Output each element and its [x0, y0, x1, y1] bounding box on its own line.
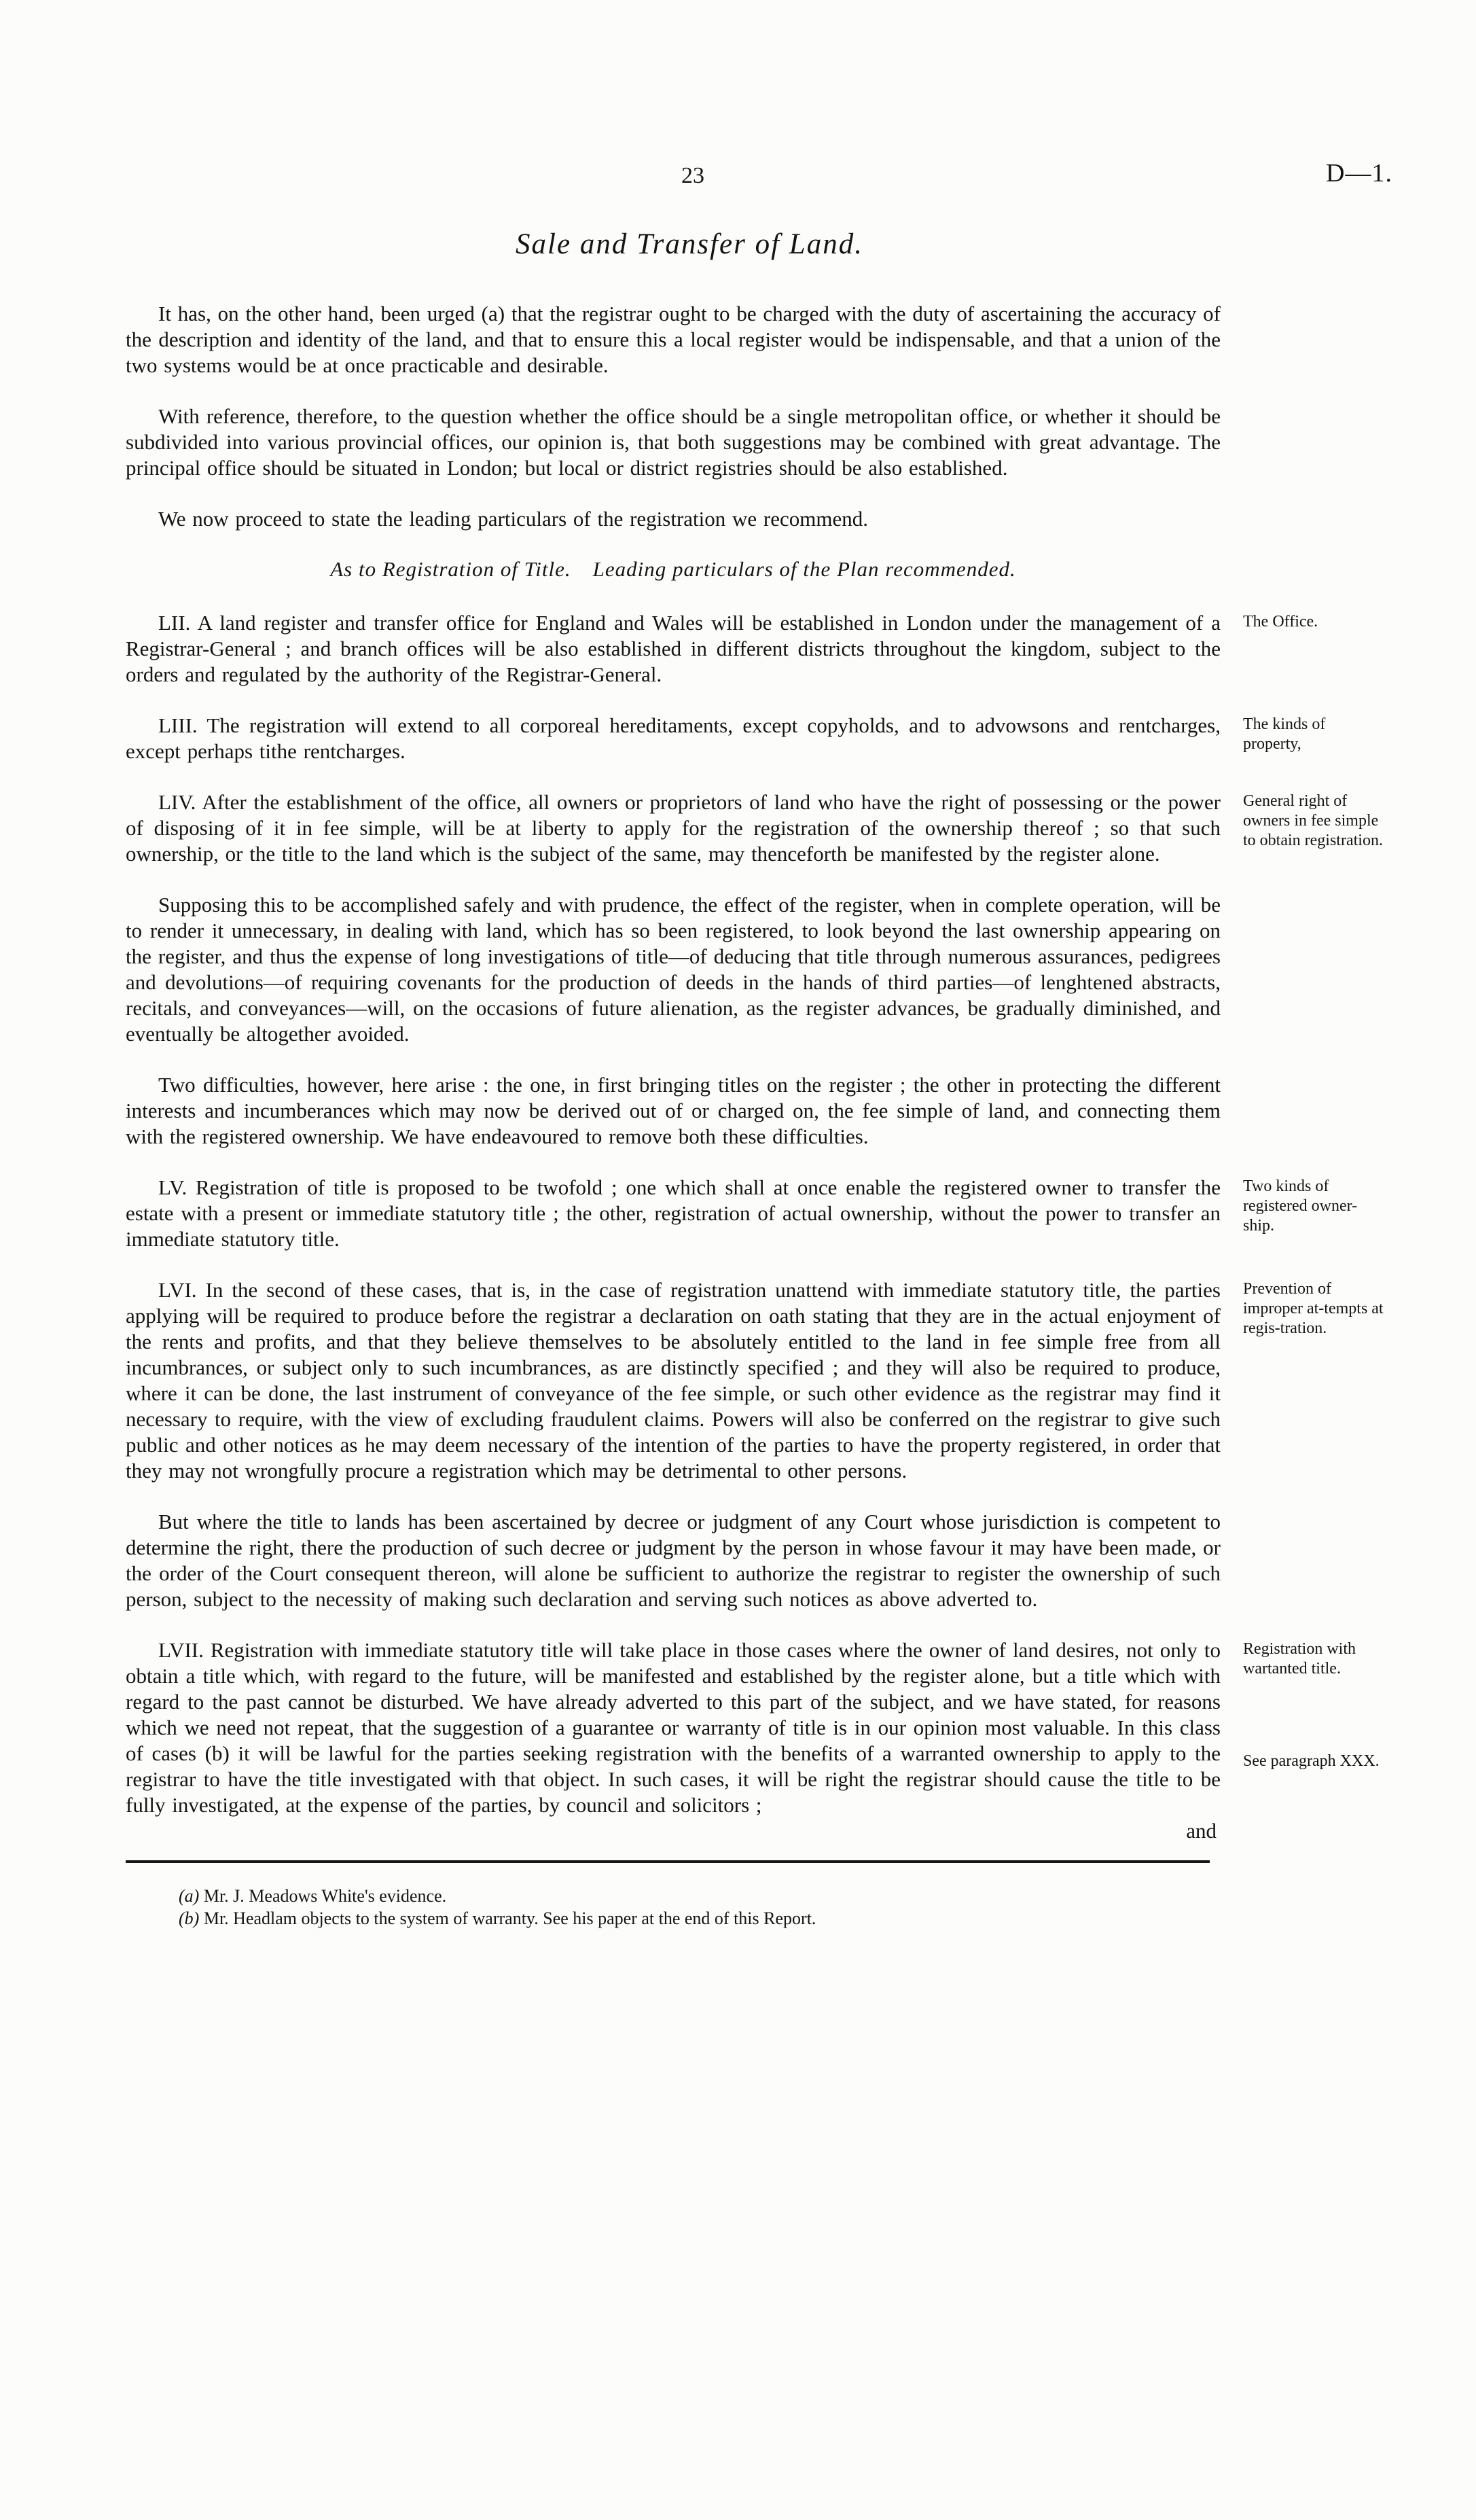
paragraph-liii: LIII. The registration will extend to al… [126, 713, 1221, 764]
sidenote-see-paragraph-xxx: See paragraph XXX. [1243, 1752, 1384, 1771]
footnote-a: (a) Mr. J. Meadows White's evidence. [179, 1885, 1221, 1907]
page-title: Sale and Transfer of Land. [126, 228, 1253, 261]
paragraph-lii-wrap: LII. A land register and transfer office… [126, 610, 1221, 688]
footnote-a-text: Mr. J. Meadows White's evidence. [204, 1886, 446, 1906]
footnote-b-text: Mr. Headlam objects to the system of war… [204, 1909, 816, 1928]
sidenote-general-right: General right of owners in fee simple to… [1243, 792, 1384, 851]
sidenote-registration-warranted: Registration with wartanted title. [1243, 1639, 1384, 1679]
paragraph-liv: LIV. After the establishment of the offi… [126, 789, 1221, 867]
paragraph-lv-wrap: LV. Registration of title is proposed to… [126, 1175, 1221, 1252]
sidenote-kinds-of-property: The kinds of property, [1243, 715, 1384, 754]
footnote-a-marker: (a) [179, 1886, 199, 1906]
paragraph-supposing: Supposing this to be accomplished safely… [126, 892, 1221, 1047]
footnote-rule [126, 1860, 1210, 1863]
paragraph-lvi: LVI. In the second of these cases, that … [126, 1277, 1221, 1484]
paragraph-lv: LV. Registration of title is proposed to… [126, 1175, 1221, 1252]
paragraph-liii-wrap: LIII. The registration will extend to al… [126, 713, 1221, 764]
text-column: It has, on the other hand, been urged (a… [126, 301, 1221, 1930]
paragraph-lvii-wrap: LVII. Registration with immediate statut… [126, 1637, 1221, 1818]
page-number: 23 [681, 163, 704, 189]
section-heading: As to Registration of Title. Leading par… [126, 557, 1221, 582]
sidenote-prevention-improper: Prevention of improper at-tempts at regi… [1243, 1279, 1384, 1338]
paragraph-liv-wrap: LIV. After the establishment of the offi… [126, 789, 1221, 867]
paragraph-lii: LII. A land register and transfer office… [126, 610, 1221, 688]
paragraph-intro-3: We now proceed to state the leading part… [126, 506, 1221, 532]
sidenote-the-office: The Office. [1243, 612, 1384, 632]
paragraph-intro-2: With reference, therefore, to the questi… [126, 404, 1221, 481]
paragraph-intro-1: It has, on the other hand, been urged (a… [126, 301, 1221, 378]
footnote-b-marker: (b) [179, 1909, 199, 1928]
paragraph-lvi-wrap: LVI. In the second of these cases, that … [126, 1277, 1221, 1484]
catchword: and [126, 1818, 1221, 1844]
footnotes: (a) Mr. J. Meadows White's evidence. (b)… [126, 1885, 1221, 1930]
paragraph-two-difficulties: Two difficulties, however, here arise : … [126, 1072, 1221, 1150]
paragraph-lvii: LVII. Registration with immediate statut… [126, 1637, 1221, 1818]
doc-reference: D—1. [1326, 158, 1392, 188]
footnote-b: (b) Mr. Headlam objects to the system of… [179, 1907, 1221, 1930]
document-page: 23 D—1. Sale and Transfer of Land. It ha… [0, 0, 1476, 2520]
paragraph-but-where: But where the title to lands has been as… [126, 1509, 1221, 1612]
sidenote-two-kinds-ownership: Two kinds of registered owner-ship. [1243, 1177, 1384, 1236]
